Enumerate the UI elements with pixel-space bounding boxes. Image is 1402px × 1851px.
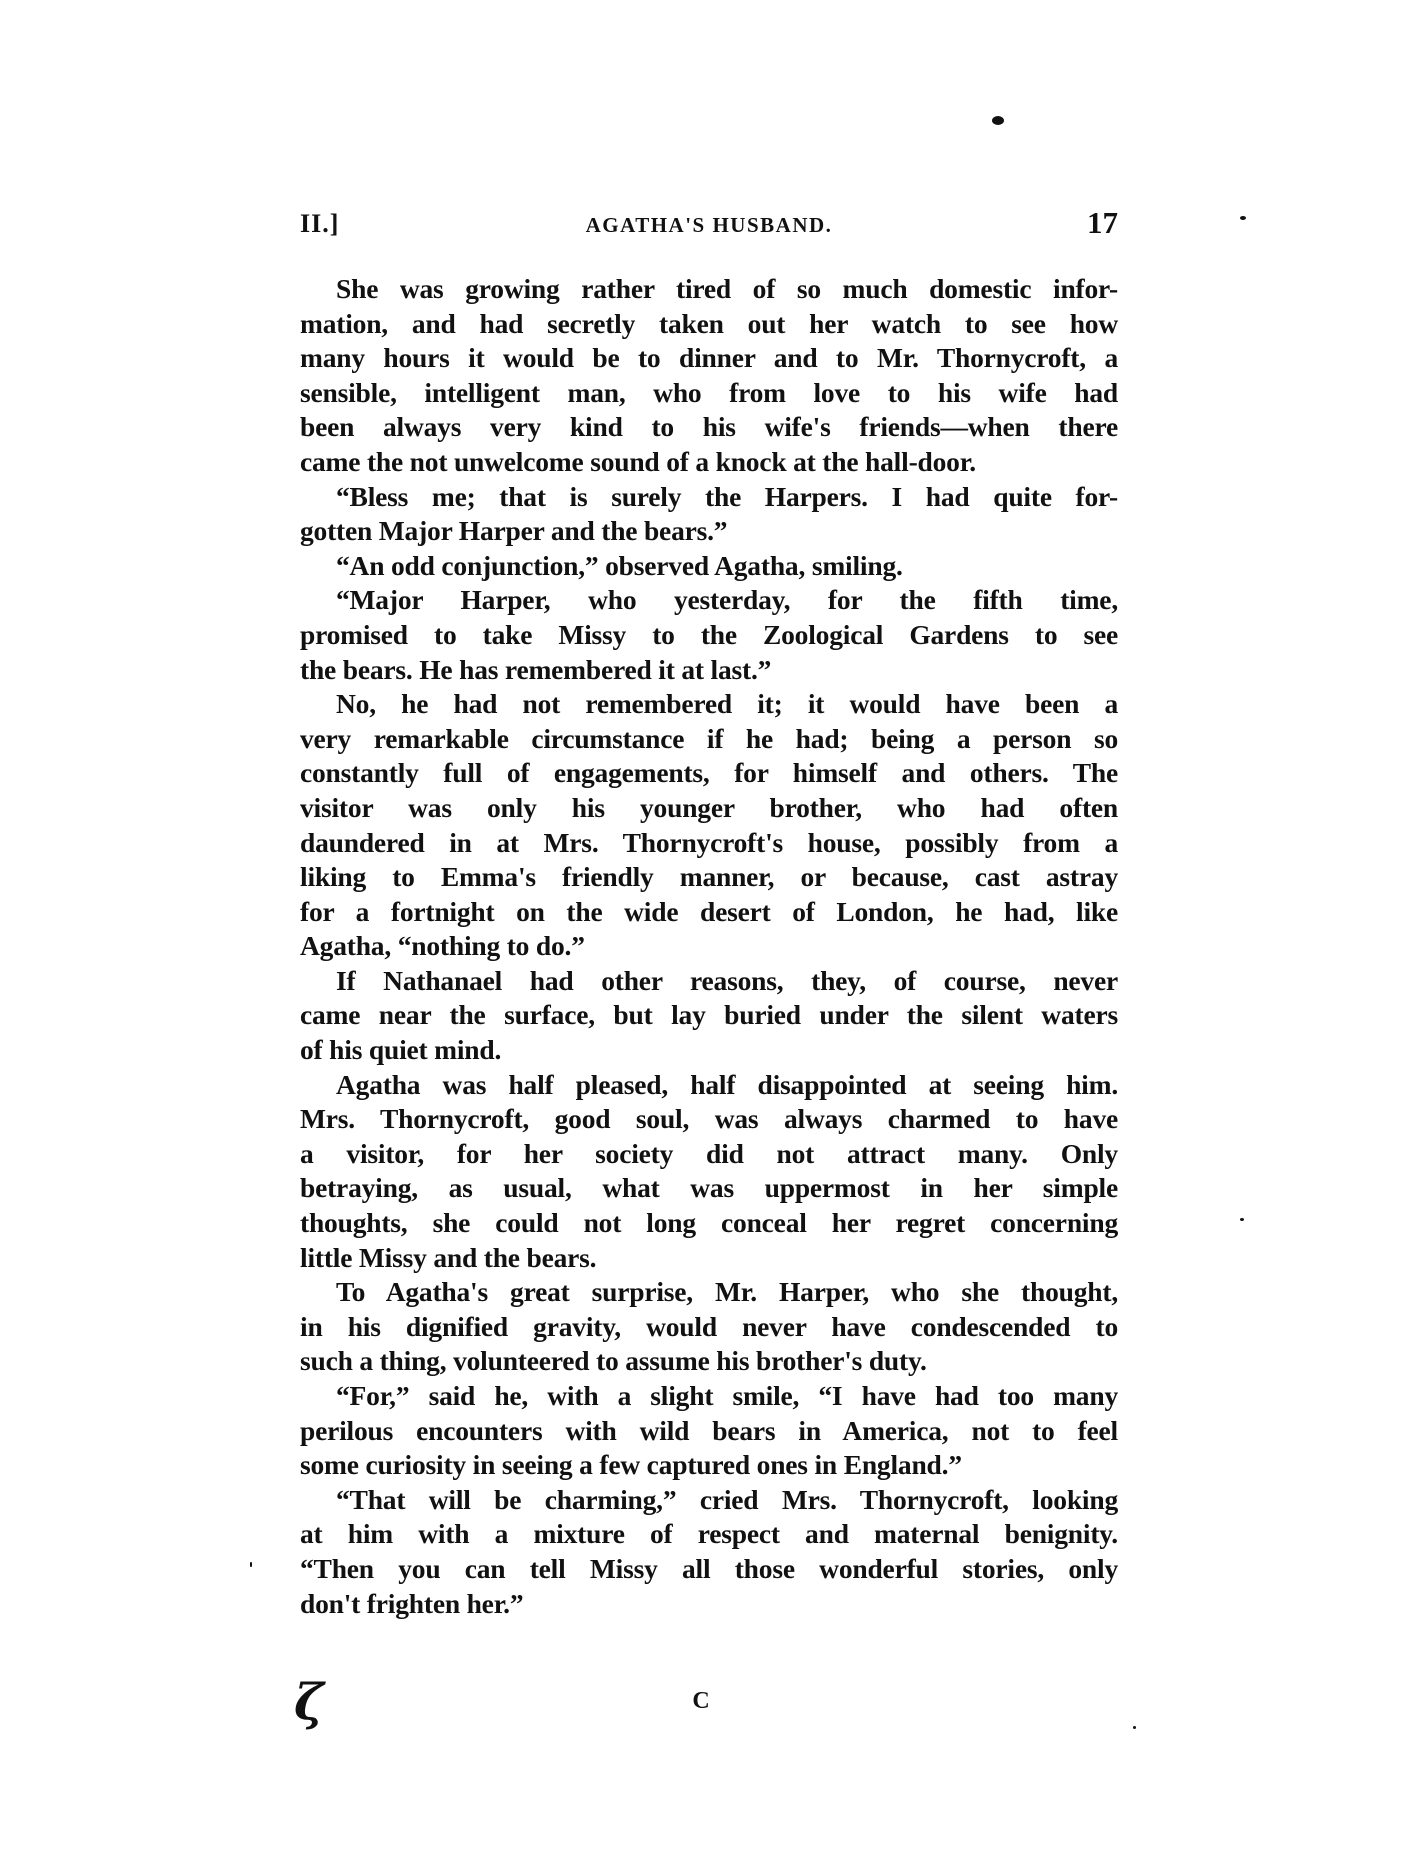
book-page: II.] AGATHA'S HUSBAND. 17 She was growin… [0,0,1402,1851]
ink-speck [250,1562,252,1567]
ink-speck [992,116,1004,125]
ink-speck [1133,1726,1136,1729]
book-title: AGATHA'S HUSBAND. [300,213,1118,238]
text-line: constantly full of engagements, for hims… [300,756,1118,791]
text-line: “For,” said he, with a slight smile, “I … [300,1379,1118,1414]
text-line: She was growing rather tired of so much … [300,272,1118,307]
text-line: in his dignified gravity, would never ha… [300,1310,1118,1345]
body-text: She was growing rather tired of so much … [300,272,1118,1621]
text-line: promised to take Missy to the Zoological… [300,618,1118,653]
text-line: “Major Harper, who yesterday, for the fi… [300,583,1118,618]
text-line: been always very kind to his wife's frie… [300,410,1118,445]
running-head: II.] AGATHA'S HUSBAND. 17 [300,205,1118,245]
text-line: many hours it would be to dinner and to … [300,341,1118,376]
text-line: sensible, intelligent man, who from love… [300,376,1118,411]
text-line: If Nathanael had other reasons, they, of… [300,964,1118,999]
signature-mark: C [0,1688,1402,1715]
ink-speck [1240,1218,1244,1221]
text-line: for a fortnight on the wide desert of Lo… [300,895,1118,930]
text-line: daundered in at Mrs. Thornycroft's house… [300,826,1118,861]
text-line: betraying, as usual, what was uppermost … [300,1171,1118,1206]
text-line: Mrs. Thornycroft, good soul, was always … [300,1102,1118,1137]
text-line: mation, and had secretly taken out her w… [300,307,1118,342]
text-line: thoughts, she could not long conceal her… [300,1206,1118,1241]
text-line: at him with a mixture of respect and mat… [300,1517,1118,1552]
text-line: the bears. He has remembered it at last.… [300,653,1118,688]
text-line: little Missy and the bears. [300,1241,1118,1276]
text-line: a visitor, for her society did not attra… [300,1137,1118,1172]
ink-speck [1240,216,1246,220]
text-line: perilous encounters with wild bears in A… [300,1414,1118,1449]
text-line: gotten Major Harper and the bears.” [300,514,1118,549]
text-line: some curiosity in seeing a few captured … [300,1448,1118,1483]
text-line: don't frighten her.” [300,1587,1118,1622]
page-number: 17 [1087,205,1118,241]
text-line: came the not unwelcome sound of a knock … [300,445,1118,480]
text-line: very remarkable circumstance if he had; … [300,722,1118,757]
text-line: visitor was only his younger brother, wh… [300,791,1118,826]
text-line: Agatha, “nothing to do.” [300,929,1118,964]
text-line: such a thing, volunteered to assume his … [300,1344,1118,1379]
text-line: “Bless me; that is surely the Harpers. I… [300,480,1118,515]
text-line: No, he had not remembered it; it would h… [300,687,1118,722]
text-line: “An odd conjunction,” observed Agatha, s… [300,549,1118,584]
text-line: “That will be charming,” cried Mrs. Thor… [300,1483,1118,1518]
text-line: came near the surface, but lay buried un… [300,998,1118,1033]
text-line: To Agatha's great surprise, Mr. Harper, … [300,1275,1118,1310]
text-line: of his quiet mind. [300,1033,1118,1068]
text-line: Agatha was half pleased, half disappoint… [300,1068,1118,1103]
text-line: liking to Emma's friendly manner, or bec… [300,860,1118,895]
text-line: “Then you can tell Missy all those wonde… [300,1552,1118,1587]
